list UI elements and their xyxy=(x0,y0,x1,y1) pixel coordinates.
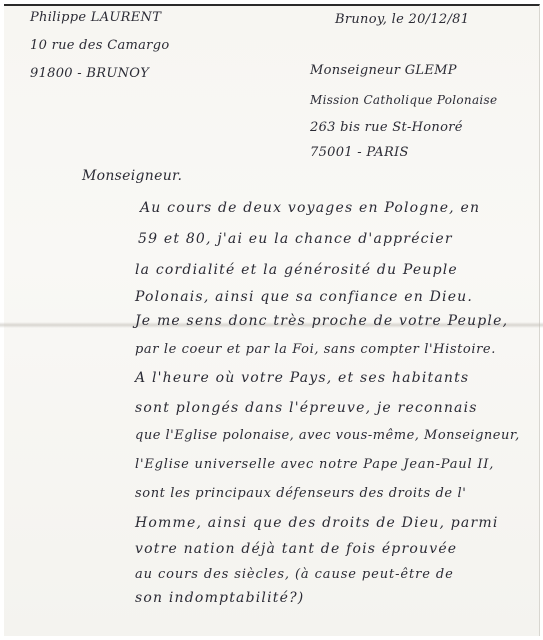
body-line: que l'Eglise polonaise, avec vous-même, … xyxy=(135,428,520,443)
body-line: Au cours de deux voyages en Pologne, en xyxy=(140,200,480,216)
body-line: sont plongés dans l'épreuve, je reconnai… xyxy=(135,400,478,416)
place-date: Brunoy, le 20/12/81 xyxy=(335,12,469,27)
body-line: au cours des siècles, (à cause peut-être… xyxy=(135,567,454,582)
body-line: son indomptabilité?) xyxy=(135,590,304,606)
body-line: Polonais, ainsi que sa confiance en Dieu… xyxy=(135,289,473,305)
body-line: Homme, ainsi que des droits de Dieu, par… xyxy=(135,515,499,531)
sender-street: 10 rue des Camargo xyxy=(30,38,169,53)
recipient-city: 75001 - PARIS xyxy=(310,145,409,160)
recipient-street: 263 bis rue St-Honoré xyxy=(310,120,463,135)
body-line: par le coeur et par la Foi, sans compter… xyxy=(135,342,496,357)
body-line: A l'heure où votre Pays, et ses habitant… xyxy=(135,370,469,386)
salutation: Monseigneur. xyxy=(82,168,182,184)
body-line: Je me sens donc très proche de votre Peu… xyxy=(135,313,508,329)
body-line: votre nation déjà tant de fois éprouvée xyxy=(135,541,457,557)
body-line: la cordialité et la générosité du Peuple xyxy=(135,262,458,278)
sender-name: Philippe LAURENT xyxy=(30,10,161,25)
body-line: 59 et 80, j'ai eu la chance d'apprécier xyxy=(138,231,453,247)
body-line: sont les principaux défenseurs des droit… xyxy=(135,486,466,501)
sender-city: 91800 - BRUNOY xyxy=(30,66,149,81)
recipient-organization: Mission Catholique Polonaise xyxy=(310,93,497,107)
recipient-title: Monseigneur GLEMP xyxy=(310,63,457,78)
body-line: l'Eglise universelle avec notre Pape Jea… xyxy=(135,457,494,472)
